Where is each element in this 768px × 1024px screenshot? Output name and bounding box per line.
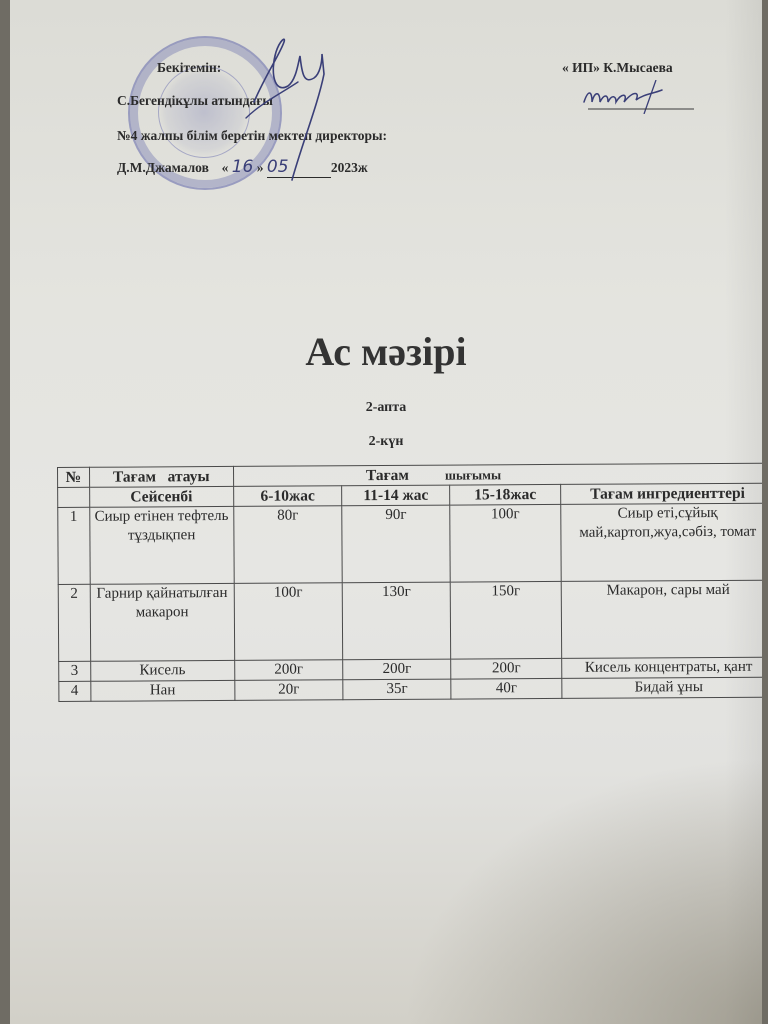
row-portion-15-18: 100г [450, 504, 561, 582]
row-no: 3 [59, 661, 91, 681]
row-portion-6-10: 20г [235, 680, 343, 701]
row-portion-6-10: 80г [234, 506, 343, 584]
stamp-emblem-icon [158, 66, 250, 158]
header-output-word-1: Тағам [304, 467, 409, 485]
row-ingredients: Макарон, сары май [561, 580, 762, 658]
table-row: 2 Гарнир қайнатылған макарон 100г 130г 1… [58, 580, 762, 661]
row-ingredients: Кисель концентраты, қант [561, 657, 762, 678]
row-dish: Сиыр етінен тефтель тұздықпен [89, 506, 234, 584]
row-portion-15-18: 150г [451, 581, 562, 659]
week-label: 2-апта [10, 400, 762, 416]
row-portion-15-18: 200г [451, 658, 562, 679]
header-age-11-14: 11-14 жас [342, 485, 450, 506]
menu-table: № Тағам атауы Тағамшығымы Сейсенбі 6-10ж… [57, 463, 762, 702]
director-signature-icon [240, 34, 340, 184]
row-portion-6-10: 100г [234, 583, 343, 661]
row-portion-11-14: 35г [343, 679, 451, 700]
supplier-signature-icon [578, 80, 696, 114]
header-weekday: Сейсенбі [89, 486, 233, 507]
row-dish: Нан [90, 680, 234, 701]
row-portion-11-14: 90г [342, 505, 451, 583]
day-label: 2-күн [10, 434, 762, 450]
document-page: Бекітемін: С.Бегендікұлы атындағы №4 жал… [10, 0, 762, 1024]
row-ingredients: Бидай ұны [562, 677, 762, 698]
row-no: 2 [58, 584, 90, 661]
header-age-6-10: 6-10жас [233, 486, 341, 507]
header-output-word-2: шығымы [445, 467, 501, 482]
date-quote-open: « [222, 160, 229, 175]
header-age-15-18: 15-18жас [450, 484, 561, 505]
row-dish: Гарнир қайнатылған макарон [90, 583, 235, 661]
row-portion-11-14: 200г [343, 659, 451, 680]
row-no: 1 [58, 507, 90, 584]
row-dish: Кисель [90, 660, 234, 681]
row-portion-6-10: 200г [235, 660, 343, 681]
header-dish-name: Тағам атауы [89, 466, 233, 487]
header-no: № [58, 467, 90, 487]
page-title: Ас мәзірі [10, 328, 762, 375]
header-ingredients: Тағам ингредиенттері [560, 483, 762, 504]
row-portion-15-18: 40г [451, 678, 562, 699]
row-portion-11-14: 130г [342, 582, 451, 660]
row-ingredients: Сиыр еті,сұйық май,картоп,жуа,сәбіз, том… [561, 503, 762, 581]
row-no: 4 [59, 681, 91, 701]
supplier-label: « ИП» К.Мысаева [562, 60, 673, 76]
director-name: Д.М.Джамалов [117, 160, 209, 175]
header-empty [58, 487, 90, 507]
table-row: 1 Сиыр етінен тефтель тұздықпен 80г 90г … [58, 503, 762, 584]
approved-label: Бекітемін: [157, 60, 221, 76]
table-row: 4 Нан 20г 35г 40г Бидай ұны [59, 677, 762, 701]
